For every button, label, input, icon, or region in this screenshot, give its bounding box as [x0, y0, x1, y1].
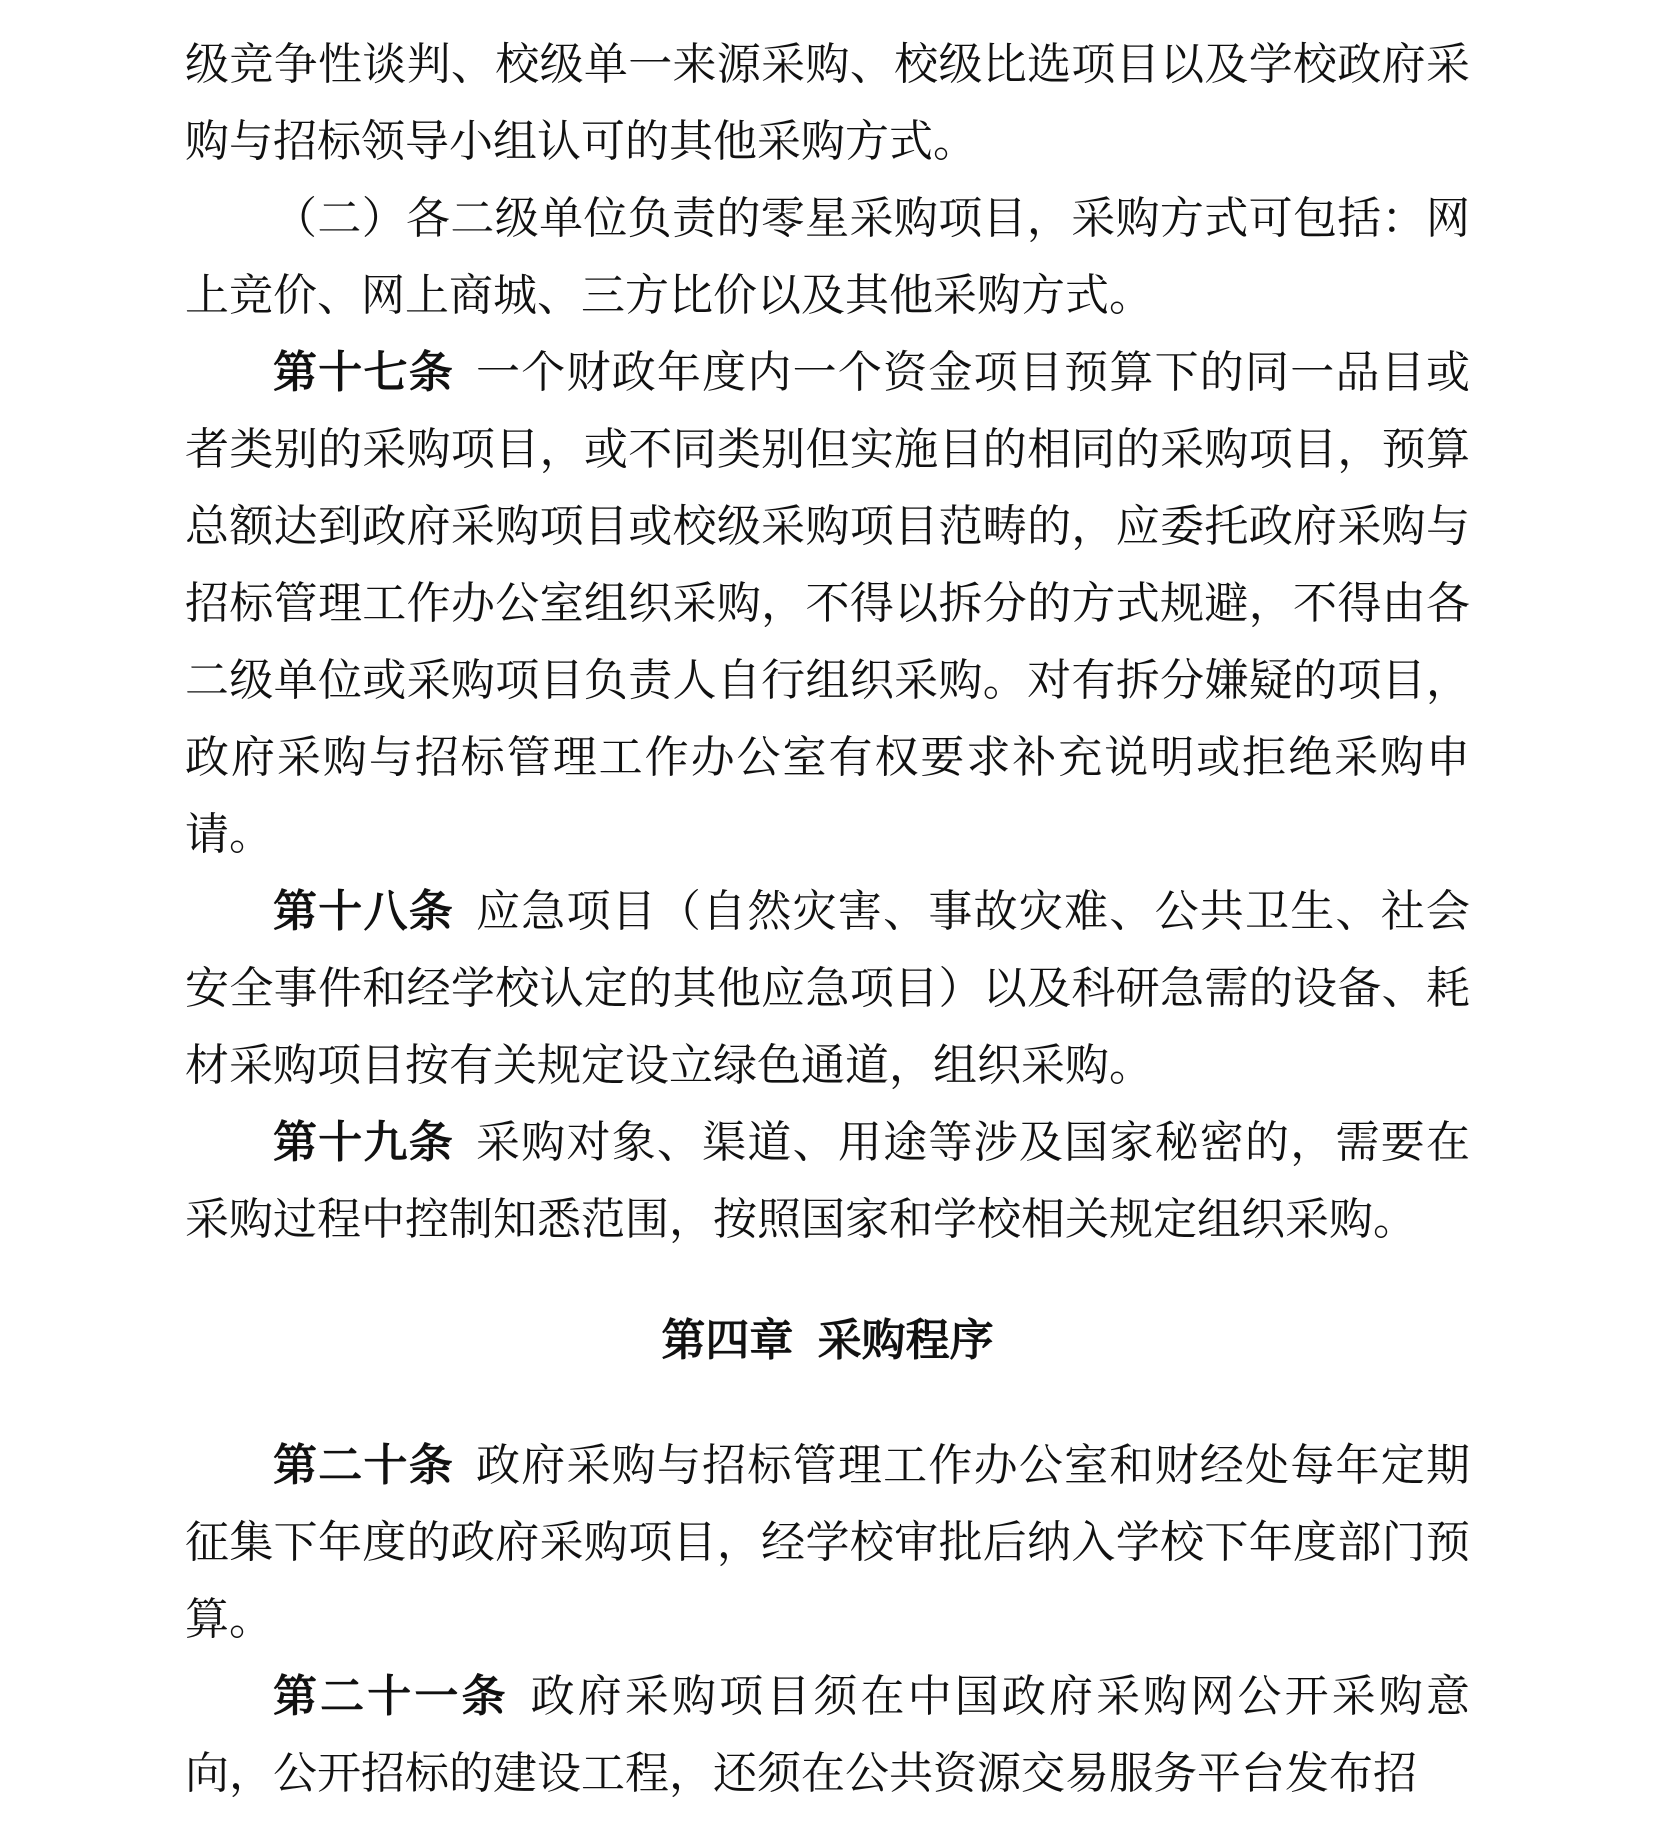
paragraph-article-20: 第二十条政府采购与招标管理工作办公室和财经处每年定期征集下年度的政府采购项目，经… — [185, 1427, 1470, 1658]
chapter-title: 采购程序 — [818, 1316, 994, 1365]
paragraph-continuation: 级竞争性谈判、校级单一来源采购、校级比选项目以及学校政府采购与招标领导小组认可的… — [185, 26, 1470, 180]
document-body: 级竞争性谈判、校级单一来源采购、校级比选项目以及学校政府采购与招标领导小组认可的… — [185, 26, 1470, 1812]
chapter-number: 第四章 — [661, 1316, 793, 1365]
paragraph-article-18: 第十八条应急项目（自然灾害、事故灾难、公共卫生、社会安全事件和经学校认定的其他应… — [185, 873, 1470, 1104]
article-17-text: 一个财政年度内一个资金项目预算下的同一品目或者类别的采购项目，或不同类别但实施目… — [185, 348, 1470, 859]
article-18-number: 第十八条 — [273, 887, 454, 936]
paragraph-article-21: 第二十一条政府采购项目须在中国政府采购网公开采购意向，公开招标的建设工程，还须在… — [185, 1658, 1470, 1812]
paragraph-article-19: 第十九条采购对象、渠道、用途等涉及国家秘密的，需要在采购过程中控制知悉范围，按照… — [185, 1104, 1470, 1258]
article-17-number: 第十七条 — [273, 348, 454, 397]
paragraph-article-17: 第十七条一个财政年度内一个资金项目预算下的同一品目或者类别的采购项目，或不同类别… — [185, 334, 1470, 873]
article-21-number: 第二十一条 — [273, 1672, 509, 1721]
paragraph-item-two: （二）各二级单位负责的零星采购项目，采购方式可包括：网上竞价、网上商城、三方比价… — [185, 180, 1470, 334]
article-20-number: 第二十条 — [273, 1441, 454, 1490]
chapter-heading: 第四章采购程序 — [185, 1302, 1470, 1379]
article-19-number: 第十九条 — [273, 1118, 454, 1167]
document-page: 级竞争性谈判、校级单一来源采购、校级比选项目以及学校政府采购与招标领导小组认可的… — [0, 0, 1654, 1841]
